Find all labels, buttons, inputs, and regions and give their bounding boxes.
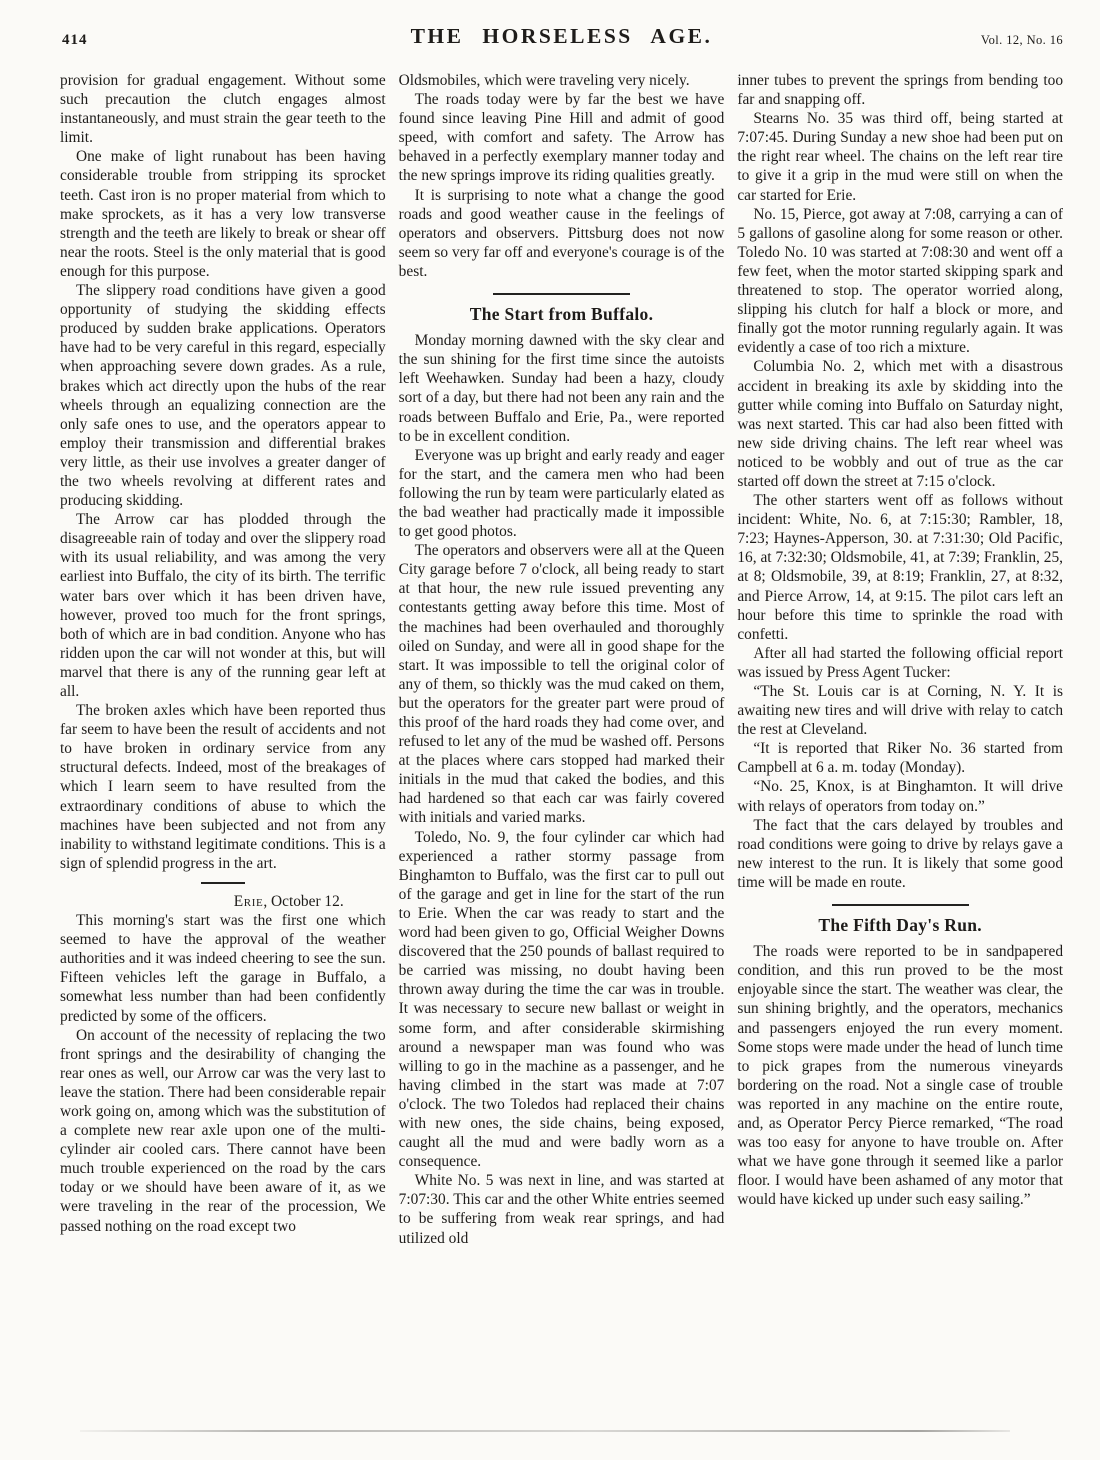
paragraph: “It is reported that Riker No. 36 starte… <box>737 739 1063 777</box>
paragraph: On account of the necessity of replacing… <box>60 1026 386 1236</box>
paragraph: provision for gradual engagement. Withou… <box>60 71 386 147</box>
section-divider <box>201 882 245 884</box>
paragraph: Monday morning dawned with the sky clear… <box>399 331 725 446</box>
dateline: Erie, October 12. <box>60 892 386 911</box>
paragraph: It is surprising to note what a change t… <box>399 186 725 281</box>
section-divider <box>832 904 969 906</box>
column-2: Oldsmobiles, which were traveling very n… <box>399 71 725 1248</box>
paragraph: After all had started the following offi… <box>737 644 1063 682</box>
section-divider <box>493 293 630 295</box>
page-header: 414 THE HORSELESS AGE. Vol. 12, No. 16 <box>60 24 1063 54</box>
paragraph: “No. 25, Knox, is at Binghamton. It will… <box>737 777 1063 815</box>
magazine-page: 414 THE HORSELESS AGE. Vol. 12, No. 16 p… <box>0 0 1100 1460</box>
publication-title: THE HORSELESS AGE. <box>411 24 713 49</box>
paragraph: The roads were reported to be in sandpap… <box>737 942 1063 1209</box>
paragraph: White No. 5 was next in line, and was st… <box>399 1171 725 1247</box>
paragraph: Everyone was up bright and early ready a… <box>399 446 725 541</box>
paragraph: The roads today were by far the best we … <box>399 90 725 185</box>
paragraph: “The St. Louis car is at Corning, N. Y. … <box>737 682 1063 739</box>
paragraph: Stearns No. 35 was third off, being star… <box>737 109 1063 204</box>
section-heading: The Start from Buffalo. <box>399 305 725 324</box>
paragraph: The fact that the cars delayed by troubl… <box>737 816 1063 892</box>
paragraph: Toledo, No. 9, the four cylinder car whi… <box>399 828 725 1172</box>
column-1: provision for gradual engagement. Withou… <box>60 71 386 1248</box>
paragraph: One make of light runabout has been havi… <box>60 147 386 281</box>
paragraph: The slippery road conditions have given … <box>60 281 386 510</box>
page-number: 414 <box>62 32 88 49</box>
scan-artifact-line <box>80 1430 1010 1432</box>
paragraph: inner tubes to prevent the springs from … <box>737 71 1063 109</box>
paragraph: The operators and observers were all at … <box>399 541 725 827</box>
paragraph: No. 15, Pierce, got away at 7:08, carryi… <box>737 205 1063 358</box>
paragraph: Columbia No. 2, which met with a disastr… <box>737 357 1063 491</box>
paragraph: The Arrow car has plodded through the di… <box>60 510 386 701</box>
dateline-place: Erie <box>234 893 264 910</box>
paragraph: Oldsmobiles, which were traveling very n… <box>399 71 725 90</box>
paragraph: This morning's start was the first one w… <box>60 911 386 1026</box>
volume-issue: Vol. 12, No. 16 <box>981 33 1063 48</box>
paragraph: The other starters went off as follows w… <box>737 491 1063 644</box>
article-columns: provision for gradual engagement. Withou… <box>60 71 1063 1248</box>
section-heading: The Fifth Day's Run. <box>737 916 1063 935</box>
column-3: inner tubes to prevent the springs from … <box>737 71 1063 1248</box>
paragraph: The broken axles which have been reporte… <box>60 701 386 873</box>
